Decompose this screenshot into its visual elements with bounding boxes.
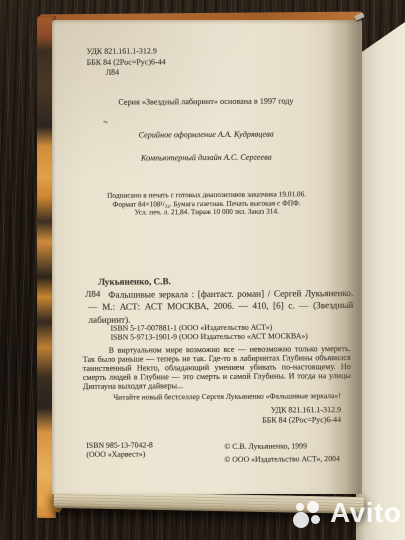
bbk-code-top: ББК 84 (2Рос=Рус)6-44 — [87, 57, 166, 68]
series-foundation-note: Серия «Звездный лабиринт» основана в 199… — [51, 96, 361, 107]
harvest-publisher: (ООО «Харвест») — [86, 450, 153, 459]
copyright-author: © С.В. Лукьяненко, 1999 — [224, 440, 340, 453]
bottom-classification-codes: УДК 821.161.1-312.9 ББК 84 (2Рос=Рус)6-4… — [229, 405, 341, 425]
gutter-shadow — [326, 20, 362, 494]
harvest-isbn: ISBN 985-13-7042-8 (ООО «Харвест») — [86, 441, 153, 459]
computer-design-credit: Компьютерный дизайн А.С. Сергеева — [51, 152, 361, 163]
copyright-publisher: © ООО «Издательство АСТ», 2004 — [224, 453, 340, 466]
imprint-text-block: УДК 821.161.1-312.9 ББК 84 (2Рос=Рус)6-4… — [50, 19, 363, 495]
imprint-page: УДК 821.161.1-312.9 ББК 84 (2Рос=Рус)6-4… — [52, 20, 362, 494]
isbn-block: ISBN 5-17-007881-1 (ООО «Издательство АС… — [110, 322, 307, 342]
bbk-code-bottom: ББК 84 (2Рос=Рус)6-44 — [229, 415, 341, 425]
promo-line: Читайте новый бестселлер Сергея Лукьянен… — [93, 391, 361, 402]
udk-code-top: УДК 821.161.1-312.9 — [87, 46, 166, 57]
series-design-credit: Серийное оформление А.А. Кудрявцева — [51, 129, 361, 140]
book-annotation: В виртуальном мире возможно все — невозм… — [83, 344, 351, 391]
avito-watermark-text: Avito — [330, 498, 401, 528]
udk-code-bottom: УДК 821.161.1-312.9 — [229, 405, 341, 415]
isbn-ast-moskva: ISBN 5-9713-1901-9 (ООО Издательство «АС… — [111, 332, 308, 343]
avito-logo-icon — [292, 496, 326, 530]
print-information: Подписано в печать с готовых диапозитиво… — [52, 190, 362, 218]
author-name: Лукьяненко, С.В. — [98, 276, 171, 287]
book-page-photo: УДК 821.161.1-312.9 ББК 84 (2Рос=Рус)6-4… — [0, 0, 405, 540]
author-sign-code-top: Л84 — [106, 67, 166, 78]
top-classification-codes: УДК 821.161.1-312.9 ББК 84 (2Рос=Рус)6-4… — [87, 46, 166, 78]
avito-watermark: Avito — [292, 496, 401, 530]
copyright-lines: © С.В. Лукьяненко, 1999 © ООО «Издательс… — [224, 440, 340, 466]
print-info-line-3: Усл. печ. л. 21,84. Тираж 10 000 экз. За… — [52, 207, 362, 218]
bibliographic-entry: Фальшивые зеркала : [фантаст. роман] / С… — [88, 287, 353, 326]
